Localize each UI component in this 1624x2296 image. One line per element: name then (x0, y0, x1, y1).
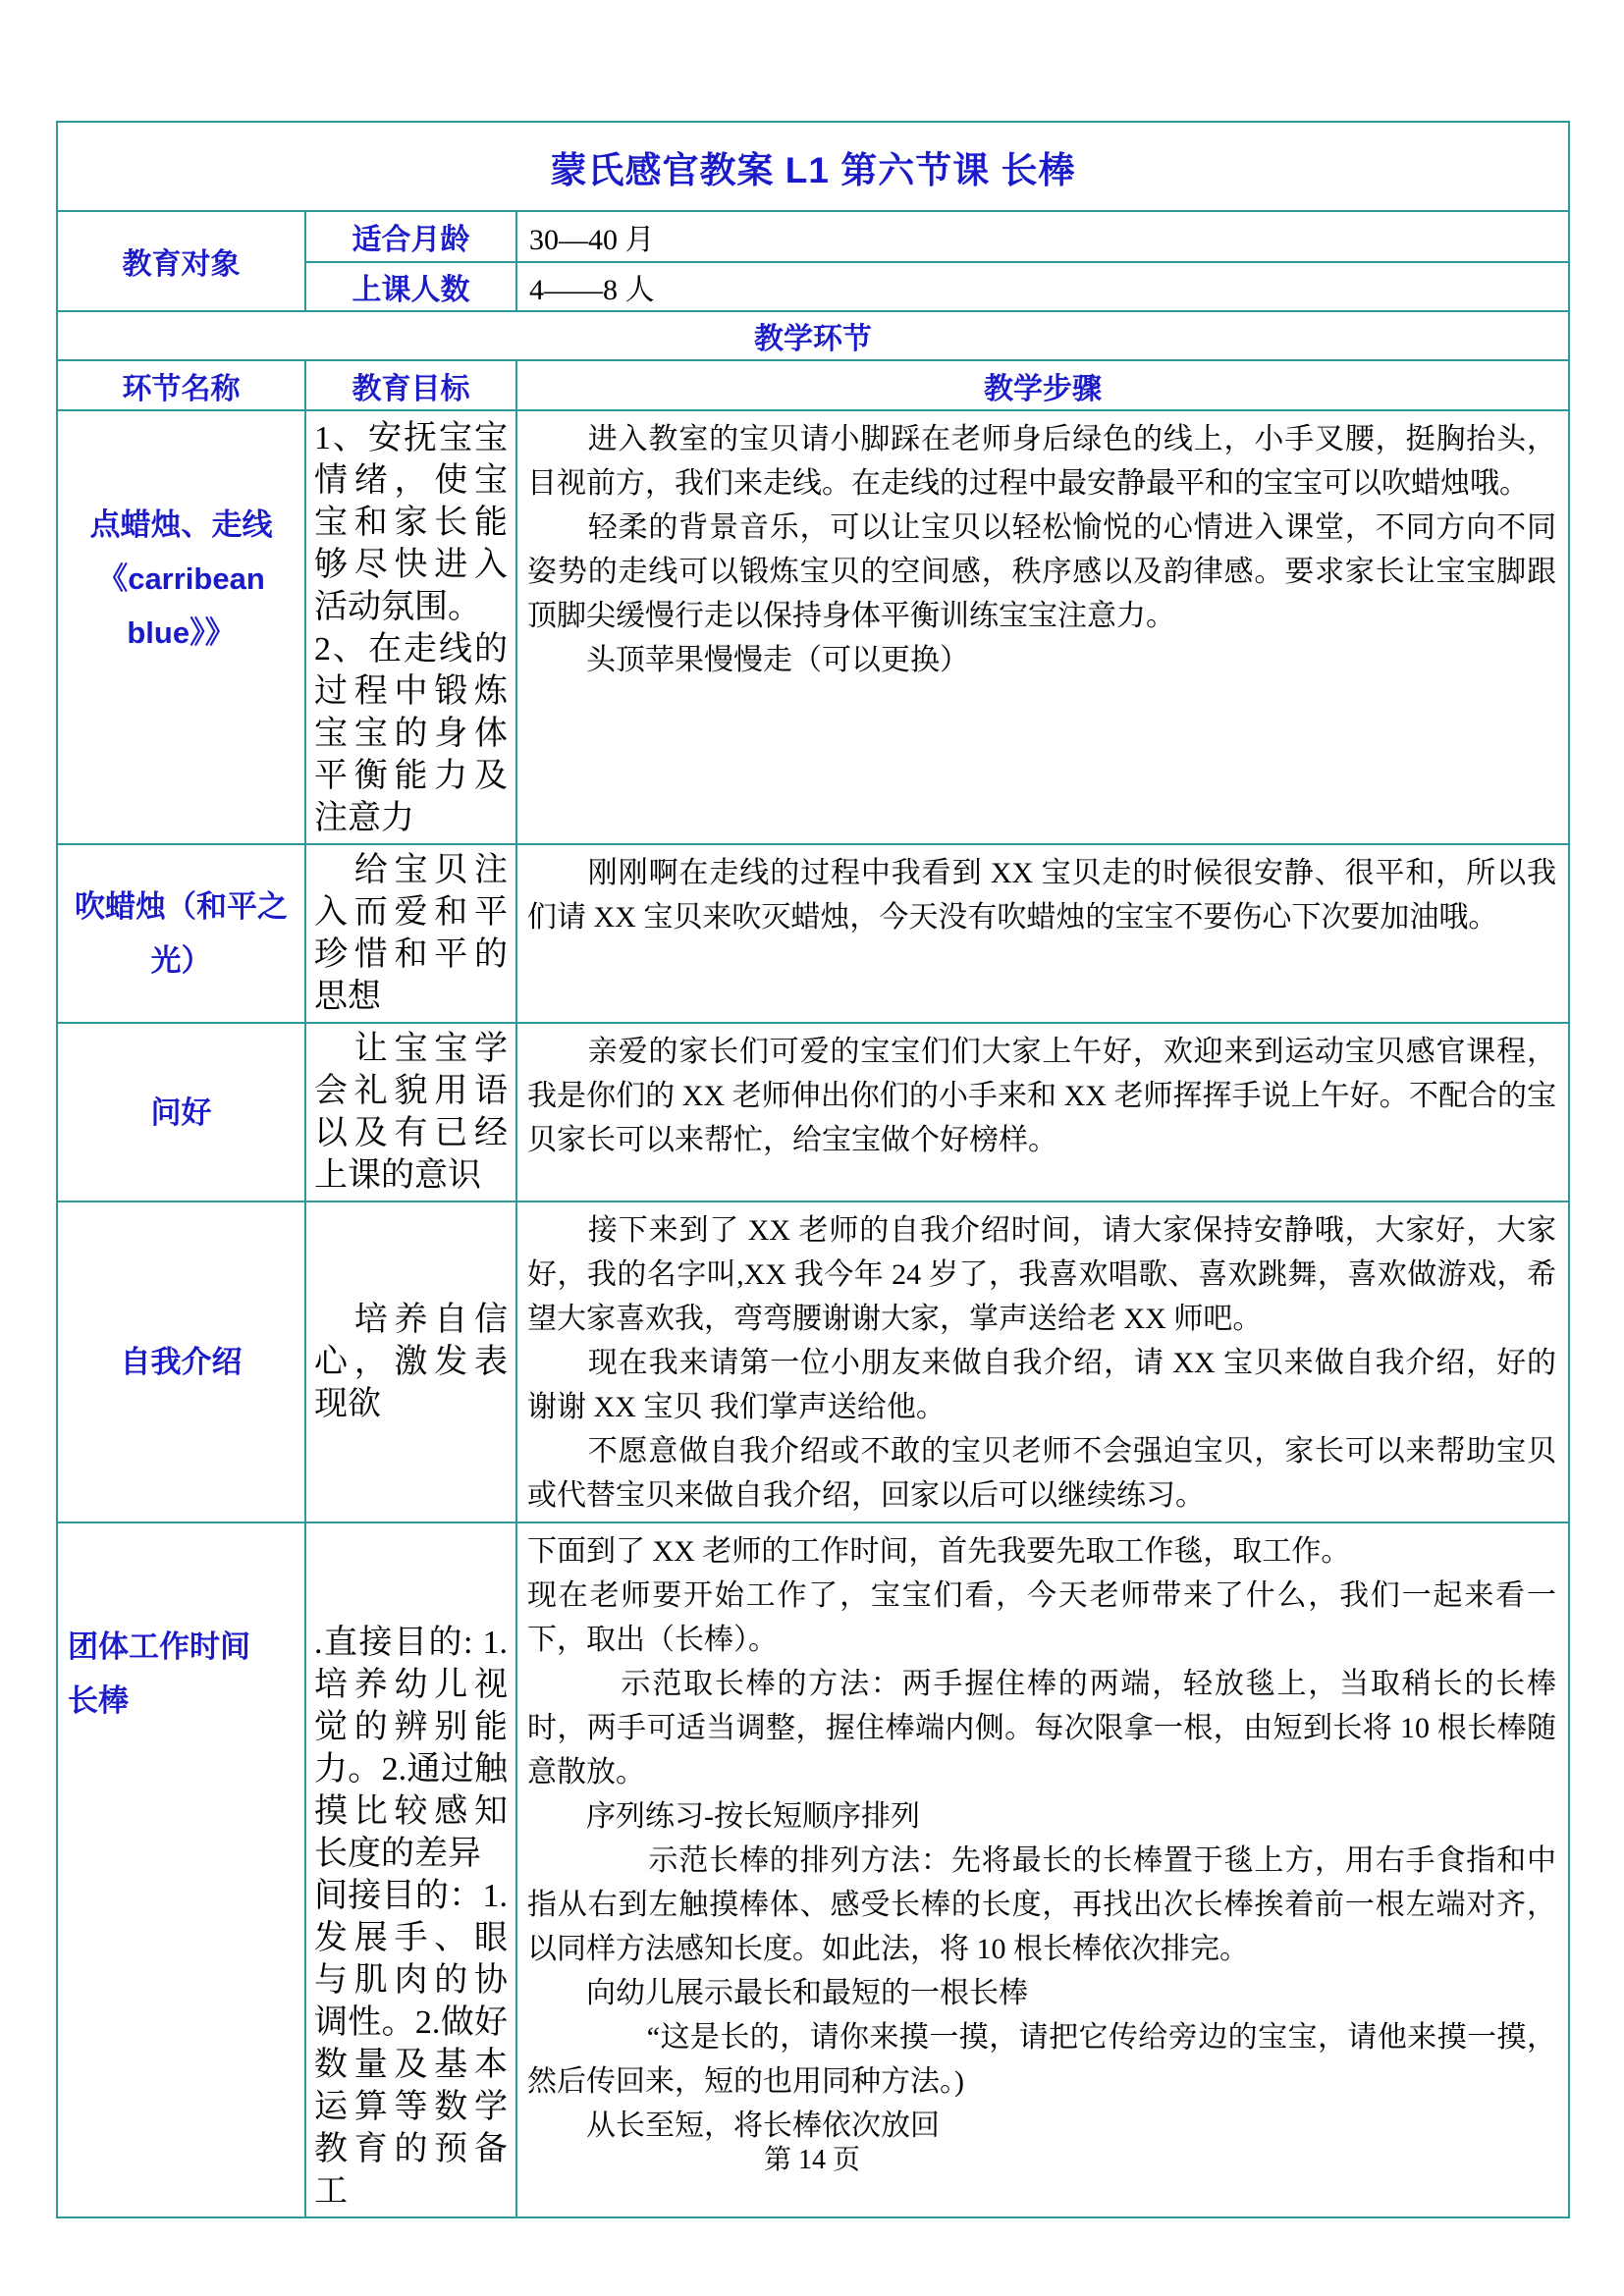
section-header-row: 教学环节 (57, 311, 1569, 360)
teaching-steps-cell: 刚刚啊在走线的过程中我看到 XX 宝贝走的时候很安静、很平和，所以我们请 XX … (516, 844, 1569, 1023)
education-goal-cell: 1、安抚宝宝情绪，使宝宝和家长能够尽快进入活动氛围。2、在走线的过程中锻炼宝宝的… (305, 410, 516, 844)
class-size-label: 上课人数 (305, 262, 516, 311)
class-size-value: 4——8 人 (516, 262, 1569, 311)
section-header: 教学环节 (57, 311, 1569, 360)
column-header-goal: 教育目标 (305, 360, 516, 410)
step-name-cell: 自我介绍 (57, 1201, 305, 1522)
education-goal-cell: 给宝贝注入而爱和平珍惜和平的思想 (305, 844, 516, 1023)
education-goal-cell: .直接目的: 1.培养幼儿视觉的辨别能力。2.通过触摸比较感知长度的差异间接目的… (305, 1522, 516, 2217)
education-goal-cell: 让宝宝学会礼貌用语以及有已经上课的意识 (305, 1023, 516, 1201)
teaching-steps-cell: 进入教室的宝贝请小脚踩在老师身后绿色的线上，小手叉腰，挺胸抬头，目视前方，我们来… (516, 410, 1569, 844)
document-page: 蒙氏感官教案 L1 第六节课 长棒 教育对象 适合月龄 30—40 月 上课人数… (0, 0, 1624, 2296)
step-name-cell: 问好 (57, 1023, 305, 1201)
age-row: 教育对象 适合月龄 30—40 月 (57, 211, 1569, 262)
page-number: 第 14 页 (0, 2138, 1624, 2177)
teaching-steps-cell: 亲爱的家长们可爱的宝宝们们大家上午好，欢迎来到运动宝贝感官课程，我是你们的 XX… (516, 1023, 1569, 1201)
education-object-header: 教育对象 (57, 211, 305, 311)
title-row: 蒙氏感官教案 L1 第六节课 长棒 (57, 122, 1569, 211)
lesson-plan-table: 蒙氏感官教案 L1 第六节课 长棒 教育对象 适合月龄 30—40 月 上课人数… (56, 121, 1570, 2218)
document-title: 蒙氏感官教案 L1 第六节课 长棒 (57, 122, 1569, 211)
teaching-steps-cell: 下面到了 XX 老师的工作时间，首先我要先取工作毯，取工作。现在老师要开始工作了… (516, 1522, 1569, 2217)
lesson-row-group-work-long-rods: 团体工作时间长棒 .直接目的: 1.培养幼儿视觉的辨别能力。2.通过触摸比较感知… (57, 1522, 1569, 2217)
step-name-cell: 团体工作时间长棒 (57, 1522, 305, 2217)
education-goal-cell: 培养自信心，激发表现欲 (305, 1201, 516, 1522)
column-header-steps: 教学步骤 (516, 360, 1569, 410)
lesson-row-blow-candle: 吹蜡烛（和平之光） 给宝贝注入而爱和平珍惜和平的思想 刚刚啊在走线的过程中我看到… (57, 844, 1569, 1023)
age-range-label: 适合月龄 (305, 211, 516, 262)
step-name-cell: 吹蜡烛（和平之光） (57, 844, 305, 1023)
column-header-step-name: 环节名称 (57, 360, 305, 410)
column-header-row: 环节名称 教育目标 教学步骤 (57, 360, 1569, 410)
lesson-row-greeting: 问好 让宝宝学会礼貌用语以及有已经上课的意识 亲爱的家长们可爱的宝宝们们大家上午… (57, 1023, 1569, 1201)
age-range-value: 30—40 月 (516, 211, 1569, 262)
lesson-row-candle-walking: 点蜡烛、走线《carribeanblue》》 1、安抚宝宝情绪，使宝宝和家长能够… (57, 410, 1569, 844)
teaching-steps-cell: 接下来到了 XX 老师的自我介绍时间，请大家保持安静哦，大家好，大家好，我的名字… (516, 1201, 1569, 1522)
lesson-row-self-introduction: 自我介绍 培养自信心，激发表现欲 接下来到了 XX 老师的自我介绍时间，请大家保… (57, 1201, 1569, 1522)
step-name-cell: 点蜡烛、走线《carribeanblue》》 (57, 410, 305, 844)
